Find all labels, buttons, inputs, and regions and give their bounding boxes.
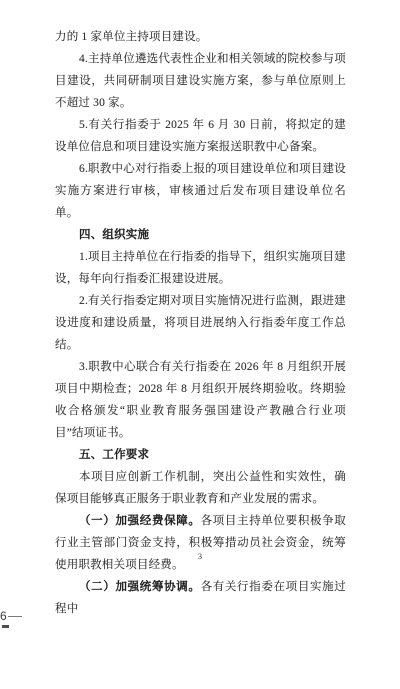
paragraph: 3.职教中心联合有关行指委在 2026 年 8 月组织开展项目中期检查；2028… — [55, 356, 346, 444]
paragraph: 4.主持单位遴选代表性企业和相关领域的院校参与项目建设，共同研制项目建设实施方案… — [55, 48, 346, 114]
document-page: 力的 1 家单位主持项目建设。4.主持单位遴选代表性企业和相关领域的院校参与项目… — [0, 0, 400, 689]
text-segment: 2.有关行指委定期对项目实施情况进行监测，跟进建设进度和建设质量，将项目进展纳入… — [55, 295, 346, 351]
bold-text-segment: （二）加强统筹协调。 — [79, 581, 201, 593]
text-segment: 6.职教中心对行指委上报的项目建设单位和项目建设实施方案进行审核，审核通过后发布… — [55, 163, 346, 219]
paragraph: 本项目应创新工作机制，突出公益性和实效性，确保项目能够真正服务于职业教育和产业发… — [55, 466, 346, 510]
edge-marker-six-label: 6 — [0, 609, 7, 623]
text-segment: 4.主持单位遴选代表性企业和相关领域的院校参与项目建设，共同研制项目建设实施方案… — [55, 53, 346, 109]
bold-text-segment: 五、工作要求 — [79, 449, 149, 461]
section-heading: 五、工作要求 — [55, 444, 346, 466]
document-body: 力的 1 家单位主持项目建设。4.主持单位遴选代表性企业和相关领域的院校参与项目… — [55, 26, 346, 620]
paragraph: 1.项目主持单位在行指委的指导下，组织实施项目建设，每年向行指委汇报建设进展。 — [55, 246, 346, 290]
edge-marker-square — [2, 625, 9, 628]
text-segment: 本项目应创新工作机制，突出公益性和实效性，确保项目能够真正服务于职业教育和产业发… — [55, 471, 346, 505]
paragraph: 5.有关行指委于 2025 年 6 月 30 日前，将拟定的建设单位信息和项目建… — [55, 114, 346, 158]
paragraph: 2.有关行指委定期对项目实施情况进行监测，跟进建设进度和建设质量，将项目进展纳入… — [55, 290, 346, 356]
bold-text-segment: （一）加强经费保障。 — [79, 515, 201, 527]
section-heading: 四、组织实施 — [55, 224, 346, 246]
text-segment: 3.职教中心联合有关行指委在 2026 年 8 月组织开展项目中期检查；2028… — [55, 361, 346, 439]
text-segment: 力的 1 家单位主持项目建设。 — [55, 31, 208, 43]
text-segment: 1.项目主持单位在行指委的指导下，组织实施项目建设，每年向行指委汇报建设进展。 — [55, 251, 346, 285]
paragraph: （一）加强经费保障。各项目主持单位要积极争取行业主管部门资金支持，积极筹措动员社… — [55, 510, 346, 576]
page-number: 3 — [0, 552, 400, 561]
paragraph: 力的 1 家单位主持项目建设。 — [55, 26, 346, 48]
paragraph: 6.职教中心对行指委上报的项目建设单位和项目建设实施方案进行审核，审核通过后发布… — [55, 158, 346, 224]
edge-marker-dash — [8, 616, 22, 617]
text-segment: 5.有关行指委于 2025 年 6 月 30 日前，将拟定的建设单位信息和项目建… — [55, 119, 346, 153]
bold-text-segment: 四、组织实施 — [79, 229, 149, 241]
edge-marker-six: 6 — [0, 608, 22, 624]
paragraph: （二）加强统筹协调。各有关行指委在项目实施过程中 — [55, 576, 346, 620]
